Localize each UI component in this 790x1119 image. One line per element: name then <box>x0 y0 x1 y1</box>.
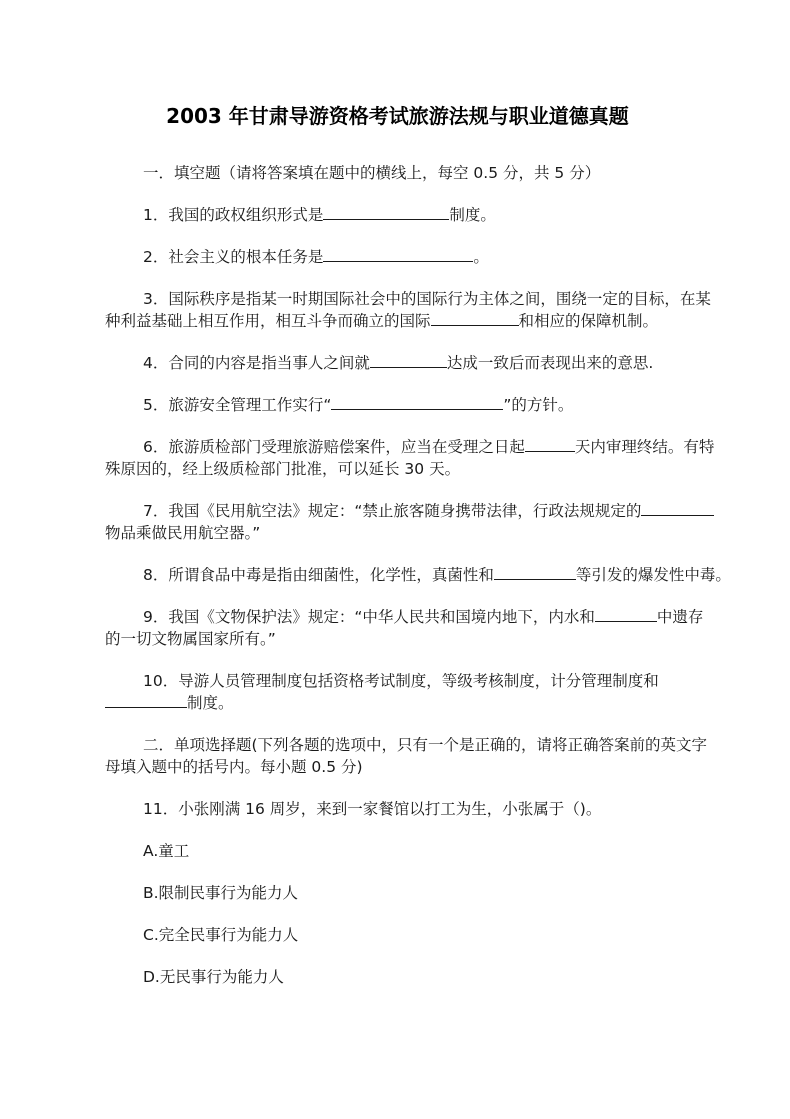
text-run: 殊原因的，经上级质检部门批准，可以延长 30 天。 <box>105 460 460 478</box>
text-run: 。 <box>473 248 489 266</box>
paragraph-question-7: 7．我国《民用航空法》规定：“禁止旅客随身携带法律，行政法规规定的物品乘做民用航… <box>105 500 690 544</box>
paragraph-question-3: 3．国际秩序是指某一时期国际社会中的国际行为主体之间，围绕一定的目标，在某种利益… <box>105 288 690 332</box>
paragraph-option-b: B.限制民事行为能力人 <box>105 882 690 904</box>
text-line: B.限制民事行为能力人 <box>105 882 690 904</box>
text-run: B.限制民事行为能力人 <box>143 884 298 902</box>
text-run: 制度。 <box>449 206 496 224</box>
text-line: D.无民事行为能力人 <box>105 966 690 988</box>
text-run: 4．合同的内容是指当事人之间就 <box>143 354 370 372</box>
text-line: 6．旅游质检部门受理旅游赔偿案件，应当在受理之日起天内审理终结。有特 <box>105 436 690 458</box>
paragraph-section-1-heading: 一．填空题（请将答案填在题中的横线上，每空 0.5 分，共 5 分） <box>105 162 690 184</box>
text-run: 5．旅游安全管理工作实行“ <box>143 396 331 414</box>
blank-underline <box>641 500 714 516</box>
blank-underline <box>323 204 449 220</box>
text-line: 4．合同的内容是指当事人之间就达成一致后而表现出来的意思. <box>105 352 690 374</box>
text-run: 天内审理终结。有特 <box>575 438 715 456</box>
paragraph-question-5: 5．旅游安全管理工作实行“”的方针。 <box>105 394 690 416</box>
paragraph-question-6: 6．旅游质检部门受理旅游赔偿案件，应当在受理之日起天内审理终结。有特殊原因的，经… <box>105 436 690 480</box>
paragraph-section-2-heading: 二．单项选择题(下列各题的选项中，只有一个是正确的，请将正确答案前的英文字母填入… <box>105 734 690 778</box>
text-line: 母填入题中的括号内。每小题 0.5 分) <box>105 756 690 778</box>
paragraph-question-8: 8．所谓食品中毒是指由细菌性，化学性，真菌性和等引发的爆发性中毒。 <box>105 564 690 586</box>
text-line: 物品乘做民用航空器。” <box>105 522 690 544</box>
paragraph-question-10: 10．导游人员管理制度包括资格考试制度，等级考核制度，计分管理制度和制度。 <box>105 670 690 714</box>
blank-underline <box>370 352 447 368</box>
document-page: 2003 年甘肃导游资格考试旅游法规与职业道德真题 一．填空题（请将答案填在题中… <box>0 0 790 1119</box>
text-run: ”的方针。 <box>503 396 573 414</box>
text-run: 母填入题中的括号内。每小题 0.5 分) <box>105 758 363 776</box>
text-run: 2．社会主义的根本任务是 <box>143 248 323 266</box>
text-line: 2．社会主义的根本任务是。 <box>105 246 690 268</box>
paragraph-question-1: 1．我国的政权组织形式是制度。 <box>105 204 690 226</box>
blank-underline <box>431 310 519 326</box>
paragraph-question-4: 4．合同的内容是指当事人之间就达成一致后而表现出来的意思. <box>105 352 690 374</box>
text-run: 种利益基础上相互作用，相互斗争而确立的国际 <box>105 312 431 330</box>
text-run: 中遗存 <box>657 608 704 626</box>
text-run: 6．旅游质检部门受理旅游赔偿案件，应当在受理之日起 <box>143 438 525 456</box>
text-run: 二．单项选择题(下列各题的选项中，只有一个是正确的，请将正确答案前的英文字 <box>143 736 707 754</box>
text-line: 7．我国《民用航空法》规定：“禁止旅客随身携带法律，行政法规规定的 <box>105 500 690 522</box>
blank-underline <box>525 436 575 452</box>
paragraph-question-11: 11．小张刚满 16 周岁，来到一家餐馆以打工为生，小张属于（)。 <box>105 798 690 820</box>
paragraph-option-c: C.完全民事行为能力人 <box>105 924 690 946</box>
text-run: 一．填空题（请将答案填在题中的横线上，每空 0.5 分，共 5 分） <box>143 164 600 182</box>
blank-underline <box>595 606 657 622</box>
text-run: A.童工 <box>143 842 189 860</box>
paragraph-question-9: 9．我国《文物保护法》规定：“中华人民共和国境内地下，内水和中遗存的一切文物属国… <box>105 606 690 650</box>
text-line: C.完全民事行为能力人 <box>105 924 690 946</box>
blank-underline <box>331 394 503 410</box>
text-line: 5．旅游安全管理工作实行“”的方针。 <box>105 394 690 416</box>
text-line: A.童工 <box>105 840 690 862</box>
text-line: 8．所谓食品中毒是指由细菌性，化学性，真菌性和等引发的爆发性中毒。 <box>105 564 690 586</box>
text-run: 1．我国的政权组织形式是 <box>143 206 323 224</box>
text-line: 3．国际秩序是指某一时期国际社会中的国际行为主体之间，围绕一定的目标，在某 <box>105 288 690 310</box>
text-run: C.完全民事行为能力人 <box>143 926 298 944</box>
text-line: 殊原因的，经上级质检部门批准，可以延长 30 天。 <box>105 458 690 480</box>
text-run: 物品乘做民用航空器。” <box>105 524 260 542</box>
text-line: 9．我国《文物保护法》规定：“中华人民共和国境内地下，内水和中遗存 <box>105 606 690 628</box>
text-run: D.无民事行为能力人 <box>143 968 284 986</box>
blank-underline <box>494 564 576 580</box>
text-run: 7．我国《民用航空法》规定：“禁止旅客随身携带法律，行政法规规定的 <box>143 502 641 520</box>
text-line: 10．导游人员管理制度包括资格考试制度，等级考核制度，计分管理制度和 <box>105 670 690 692</box>
document-body: 一．填空题（请将答案填在题中的横线上，每空 0.5 分，共 5 分）1．我国的政… <box>105 162 690 988</box>
text-run: 和相应的保障机制。 <box>519 312 659 330</box>
text-line: 种利益基础上相互作用，相互斗争而确立的国际和相应的保障机制。 <box>105 310 690 332</box>
text-run: 的一切文物属国家所有。” <box>105 630 276 648</box>
paragraph-option-d: D.无民事行为能力人 <box>105 966 690 988</box>
text-run: 11．小张刚满 16 周岁，来到一家餐馆以打工为生，小张属于（)。 <box>143 800 601 818</box>
text-line: 制度。 <box>105 692 690 714</box>
paragraph-question-2: 2．社会主义的根本任务是。 <box>105 246 690 268</box>
text-line: 1．我国的政权组织形式是制度。 <box>105 204 690 226</box>
text-run: 等引发的爆发性中毒。 <box>576 566 731 584</box>
blank-underline <box>105 692 187 708</box>
text-line: 一．填空题（请将答案填在题中的横线上，每空 0.5 分，共 5 分） <box>105 162 690 184</box>
text-run: 3．国际秩序是指某一时期国际社会中的国际行为主体之间，围绕一定的目标，在某 <box>143 290 711 308</box>
text-run: 8．所谓食品中毒是指由细菌性，化学性，真菌性和 <box>143 566 494 584</box>
text-run: 10．导游人员管理制度包括资格考试制度，等级考核制度，计分管理制度和 <box>143 672 659 690</box>
text-line: 11．小张刚满 16 周岁，来到一家餐馆以打工为生，小张属于（)。 <box>105 798 690 820</box>
document-title: 2003 年甘肃导游资格考试旅游法规与职业道德真题 <box>105 103 690 129</box>
blank-underline <box>323 246 473 262</box>
text-line: 二．单项选择题(下列各题的选项中，只有一个是正确的，请将正确答案前的英文字 <box>105 734 690 756</box>
text-line: 的一切文物属国家所有。” <box>105 628 690 650</box>
text-run: 制度。 <box>187 694 234 712</box>
paragraph-option-a: A.童工 <box>105 840 690 862</box>
text-run: 9．我国《文物保护法》规定：“中华人民共和国境内地下，内水和 <box>143 608 595 626</box>
text-run: 达成一致后而表现出来的意思. <box>447 354 653 372</box>
